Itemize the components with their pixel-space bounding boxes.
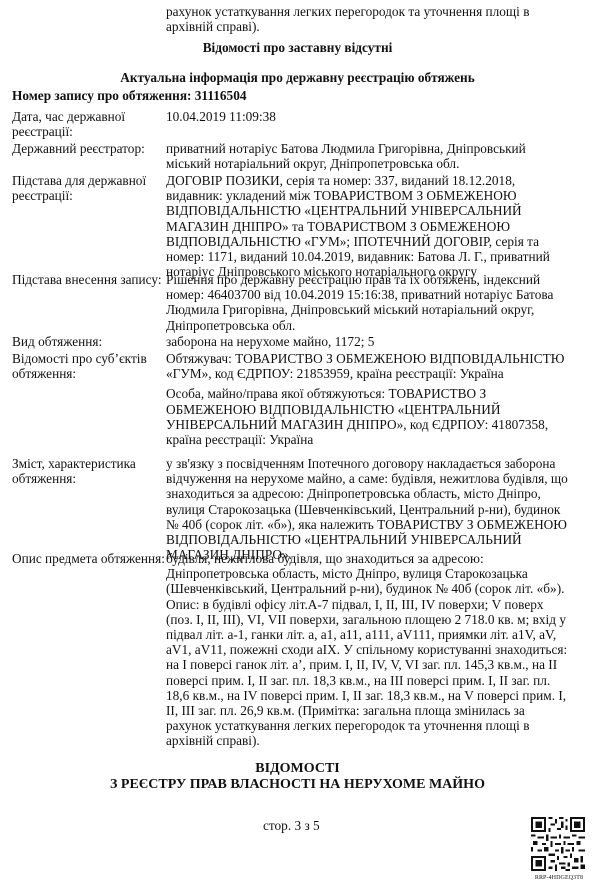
field-value: у зв'язку з посвідченням Іпотечного дого… xyxy=(166,456,572,562)
field-label: Підстава для державної реєстрації: xyxy=(12,173,166,279)
field-row-encumbrance-type: Вид обтяження: заборона на нерухоме майн… xyxy=(12,334,572,349)
field-value: 10.04.2019 11:09:38 xyxy=(166,109,572,139)
field-label: Опис предмета обтяження: xyxy=(12,551,166,749)
field-row-encumbrance-content: Зміст, характеристика обтяження: у зв'яз… xyxy=(12,456,572,562)
page-indicator: стор. 3 з 5 xyxy=(263,818,320,833)
field-value-text: приватний нотаріус Батова Людмила Григор… xyxy=(166,141,572,171)
field-label: Дата, час державної реєстрації: xyxy=(12,109,166,139)
field-row-subject-description: Опис предмета обтяження: будівля, нежитл… xyxy=(12,551,572,749)
field-value-text: 10.04.2019 11:09:38 xyxy=(166,109,572,124)
continuation-text: рахунок устаткування легких перегородок … xyxy=(166,4,566,34)
field-value-text: заборона на нерухоме майно, 1172; 5 xyxy=(166,334,572,349)
document-page: рахунок устаткування легких перегородок … xyxy=(0,0,595,889)
record-number-label: Номер запису про обтяження: xyxy=(12,88,191,103)
description-text: Опис: в будівлі офісу літ.А-7 підвал, І,… xyxy=(166,597,572,749)
encumbrance-section-title: Актуальна інформація про державну реєстр… xyxy=(0,70,595,85)
ownership-heading-line1: ВІДОМОСТІ xyxy=(0,761,595,777)
field-value-text: у зв'язку з посвідченням Іпотечного дого… xyxy=(166,456,572,562)
record-number-value: 31116504 xyxy=(195,88,247,103)
field-label: Відомості про суб’єктів обтяження: xyxy=(12,351,166,447)
record-number: Номер запису про обтяження: 31116504 xyxy=(12,88,247,103)
field-label: Зміст, характеристика обтяження: xyxy=(12,456,166,562)
field-value: Обтяжувач: ТОВАРИСТВО З ОБМЕЖЕНОЮ ВІДПОВ… xyxy=(166,351,572,447)
field-row-encumbrance-parties: Відомості про суб’єктів обтяження: Обтяж… xyxy=(12,351,572,447)
qr-code-icon xyxy=(531,817,585,871)
field-value-text: ДОГОВІР ПОЗИКИ, серія та номер: 337, вид… xyxy=(166,173,572,279)
field-value: будівля, нежитлова будівля, що знаходить… xyxy=(166,551,572,749)
field-row-registration-date: Дата, час державної реєстрації: 10.04.20… xyxy=(12,109,572,139)
encumbrancer-text: Обтяжувач: ТОВАРИСТВО З ОБМЕЖЕНОЮ ВІДПОВ… xyxy=(166,351,572,381)
field-value: приватний нотаріус Батова Людмила Григор… xyxy=(166,141,572,171)
field-value: заборона на нерухоме майно, 1172; 5 xyxy=(166,334,572,349)
field-label: Державний реєстратор: xyxy=(12,141,166,171)
field-row-registrar: Державний реєстратор: приватний нотаріус… xyxy=(12,141,572,171)
field-value-text: Рішення про державну реєстрацію прав та … xyxy=(166,272,572,333)
no-pledge-heading: Відомості про заставну відсутні xyxy=(0,40,595,55)
field-row-entry-basis: Підстава внесення запису: Рішення про де… xyxy=(12,272,572,333)
encumbered-party-text: Особа, майно/права якої обтяжуються: ТОВ… xyxy=(166,386,572,447)
document-code: RRP-4HDGEQ3T8 xyxy=(524,874,594,882)
field-label: Вид обтяження: xyxy=(12,334,166,349)
ownership-heading-line2: З РЕЄСТРУ ПРАВ ВЛАСНОСТІ НА НЕРУХОМЕ МАЙ… xyxy=(0,777,595,793)
field-row-registration-basis: Підстава для державної реєстрації: ДОГОВ… xyxy=(12,173,572,279)
field-value: ДОГОВІР ПОЗИКИ, серія та номер: 337, вид… xyxy=(166,173,572,279)
field-value: Рішення про державну реєстрацію прав та … xyxy=(166,272,572,333)
ownership-registry-heading: ВІДОМОСТІ З РЕЄСТРУ ПРАВ ВЛАСНОСТІ НА НЕ… xyxy=(0,761,595,793)
field-label: Підстава внесення запису: xyxy=(12,272,166,333)
address-text: будівля, нежитлова будівля, що знаходить… xyxy=(166,551,572,597)
